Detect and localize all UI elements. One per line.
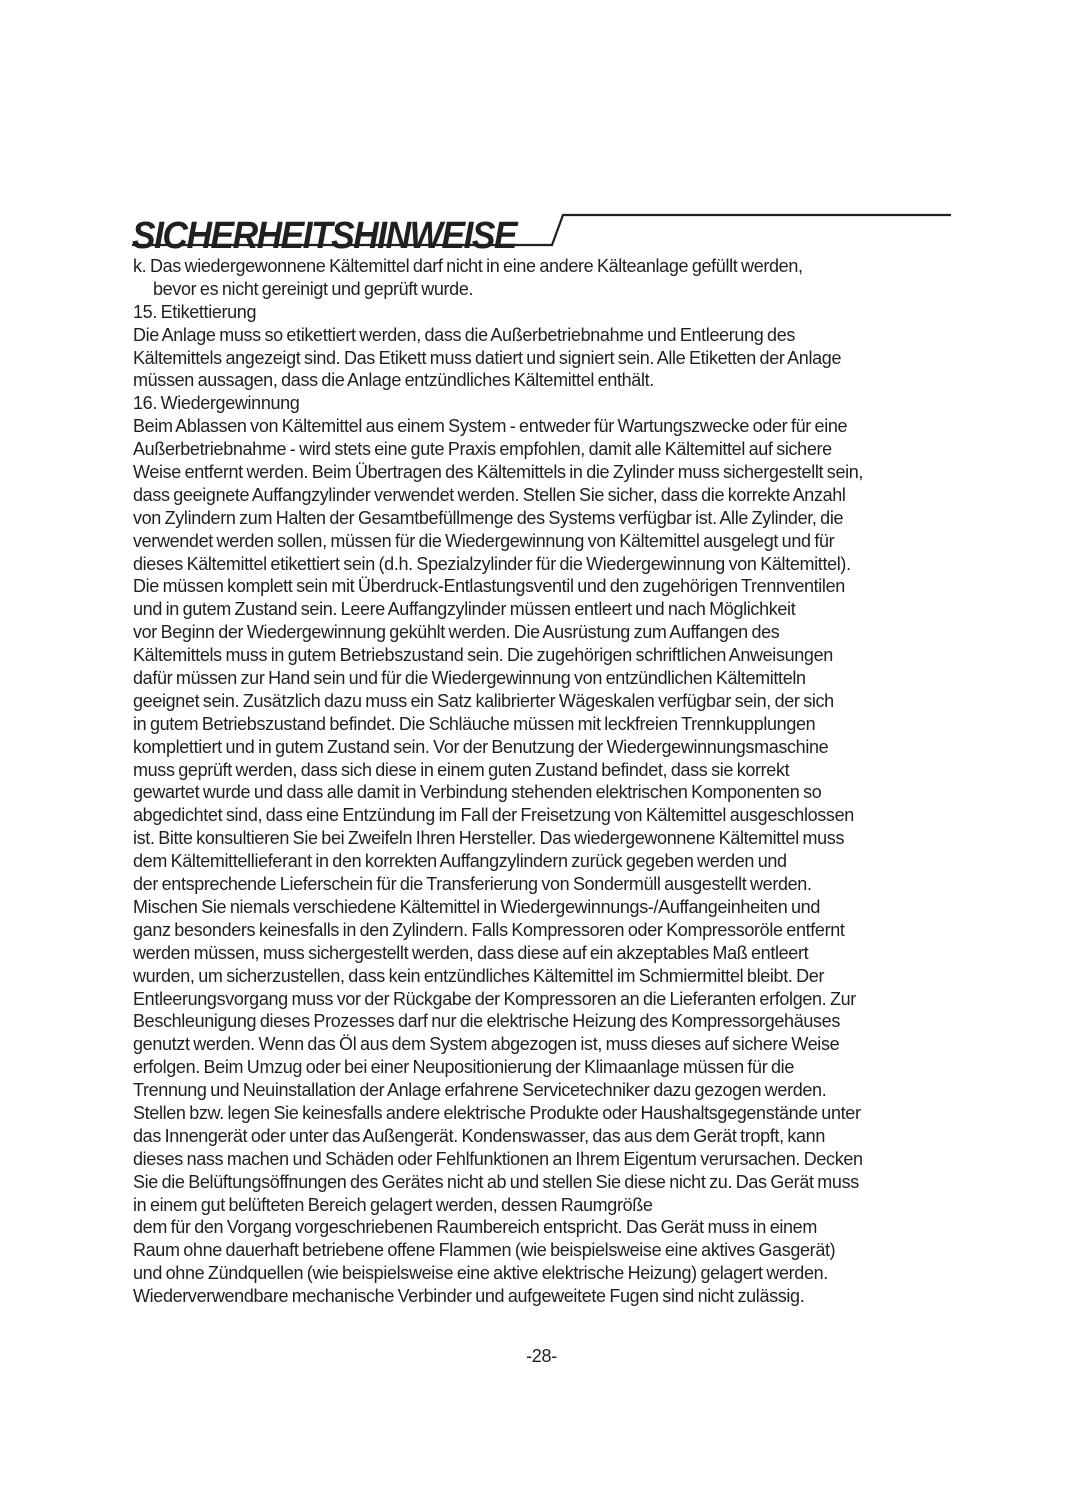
- text-line: Kältemittels muss in gutem Betriebszusta…: [133, 644, 833, 667]
- text-line: werden müssen, muss sichergestellt werde…: [133, 942, 808, 965]
- document-page: SICHERHEITSHINWEISE k. Das wiedergewonne…: [0, 0, 1083, 1508]
- text-line: Beschleunigung dieses Prozesses darf nur…: [133, 1010, 840, 1033]
- text-line: 16. Wiedergewinnung: [133, 392, 299, 415]
- text-line: Entleerungsvorgang muss vor der Rückgabe…: [133, 988, 856, 1011]
- text-line: dem für den Vorgang vorgeschriebenen Rau…: [133, 1216, 817, 1239]
- text-line: ist. Bitte konsultieren Sie bei Zweifeln…: [133, 827, 844, 850]
- text-line: vor Beginn der Wiedergewinnung gekühlt w…: [133, 621, 779, 644]
- text-line: dieses Kältemittel etikettiert sein (d.h…: [133, 553, 851, 576]
- text-line: 15. Etikettierung: [133, 301, 256, 324]
- text-line: der entsprechende Lieferschein für die T…: [133, 873, 812, 896]
- text-line: abgedichtet sind, dass eine Entzündung i…: [133, 804, 854, 827]
- page-title: SICHERHEITSHINWEISE: [132, 217, 516, 255]
- text-line: dieses nass machen und Schäden oder Fehl…: [133, 1148, 863, 1171]
- text-line: in gutem Betriebszustand befindet. Die S…: [133, 713, 815, 736]
- text-line: Trennung und Neuinstallation der Anlage …: [133, 1079, 826, 1102]
- text-line: genutzt werden. Wenn das Öl aus dem Syst…: [133, 1033, 839, 1056]
- text-line: Weise entfernt werden. Beim Übertragen d…: [133, 461, 863, 484]
- text-line: k. Das wiedergewonnene Kältemittel darf …: [133, 255, 803, 278]
- text-line: geeignet sein. Zusätzlich dazu muss ein …: [133, 690, 834, 713]
- text-line: gewartet wurde und dass alle damit in Ve…: [133, 781, 821, 804]
- text-line: Kältemittels angezeigt sind. Das Etikett…: [133, 347, 841, 370]
- text-line: Wiederverwendbare mechanische Verbinder …: [133, 1285, 804, 1308]
- text-line: in einem gut belüfteten Bereich gelagert…: [133, 1194, 653, 1217]
- text-line: das Innengerät oder unter das Außengerät…: [133, 1125, 825, 1148]
- page-number: -28-: [0, 1346, 1083, 1367]
- text-line: ganz besonders keinesfalls in den Zylind…: [133, 919, 845, 942]
- body-text: k. Das wiedergewonnene Kältemittel darf …: [133, 255, 953, 1308]
- text-line: erfolgen. Beim Umzug oder bei einer Neup…: [133, 1056, 794, 1079]
- text-line: von Zylindern zum Halten der Gesamtbefül…: [133, 507, 843, 530]
- text-line: und in gutem Zustand sein. Leere Auffang…: [133, 598, 795, 621]
- text-line: verwendet werden sollen, müssen für die …: [133, 530, 834, 553]
- text-line: muss geprüft werden, dass sich diese in …: [133, 759, 789, 782]
- text-line: Die Anlage muss so etikettiert werden, d…: [133, 324, 795, 347]
- text-line: Raum ohne dauerhaft betriebene offene Fl…: [133, 1239, 835, 1262]
- text-line: Stellen bzw. legen Sie keinesfalls ander…: [133, 1102, 861, 1125]
- text-line: Mischen Sie niemals verschiedene Kältemi…: [133, 896, 820, 919]
- text-line: Außerbetriebnahme - wird stets eine gute…: [133, 438, 832, 461]
- text-line: und ohne Zündquellen (wie beispielsweise…: [133, 1262, 828, 1285]
- text-line: komplettiert und in gutem Zustand sein. …: [133, 736, 828, 759]
- text-line: Sie die Belüftungsöffnungen des Gerätes …: [133, 1171, 859, 1194]
- text-line: dem Kältemittellieferant in den korrekte…: [133, 850, 787, 873]
- text-line: bevor es nicht gereinigt und geprüft wur…: [133, 278, 473, 301]
- text-line: müssen aussagen, dass die Anlage entzünd…: [133, 369, 654, 392]
- text-line: Die müssen komplett sein mit Überdruck-E…: [133, 575, 845, 598]
- text-line: dass geeignete Auffangzylinder verwendet…: [133, 484, 846, 507]
- text-line: dafür müssen zur Hand sein und für die W…: [133, 667, 806, 690]
- text-line: Beim Ablassen von Kältemittel aus einem …: [133, 415, 847, 438]
- text-line: wurden, um sicherzustellen, dass kein en…: [133, 965, 824, 988]
